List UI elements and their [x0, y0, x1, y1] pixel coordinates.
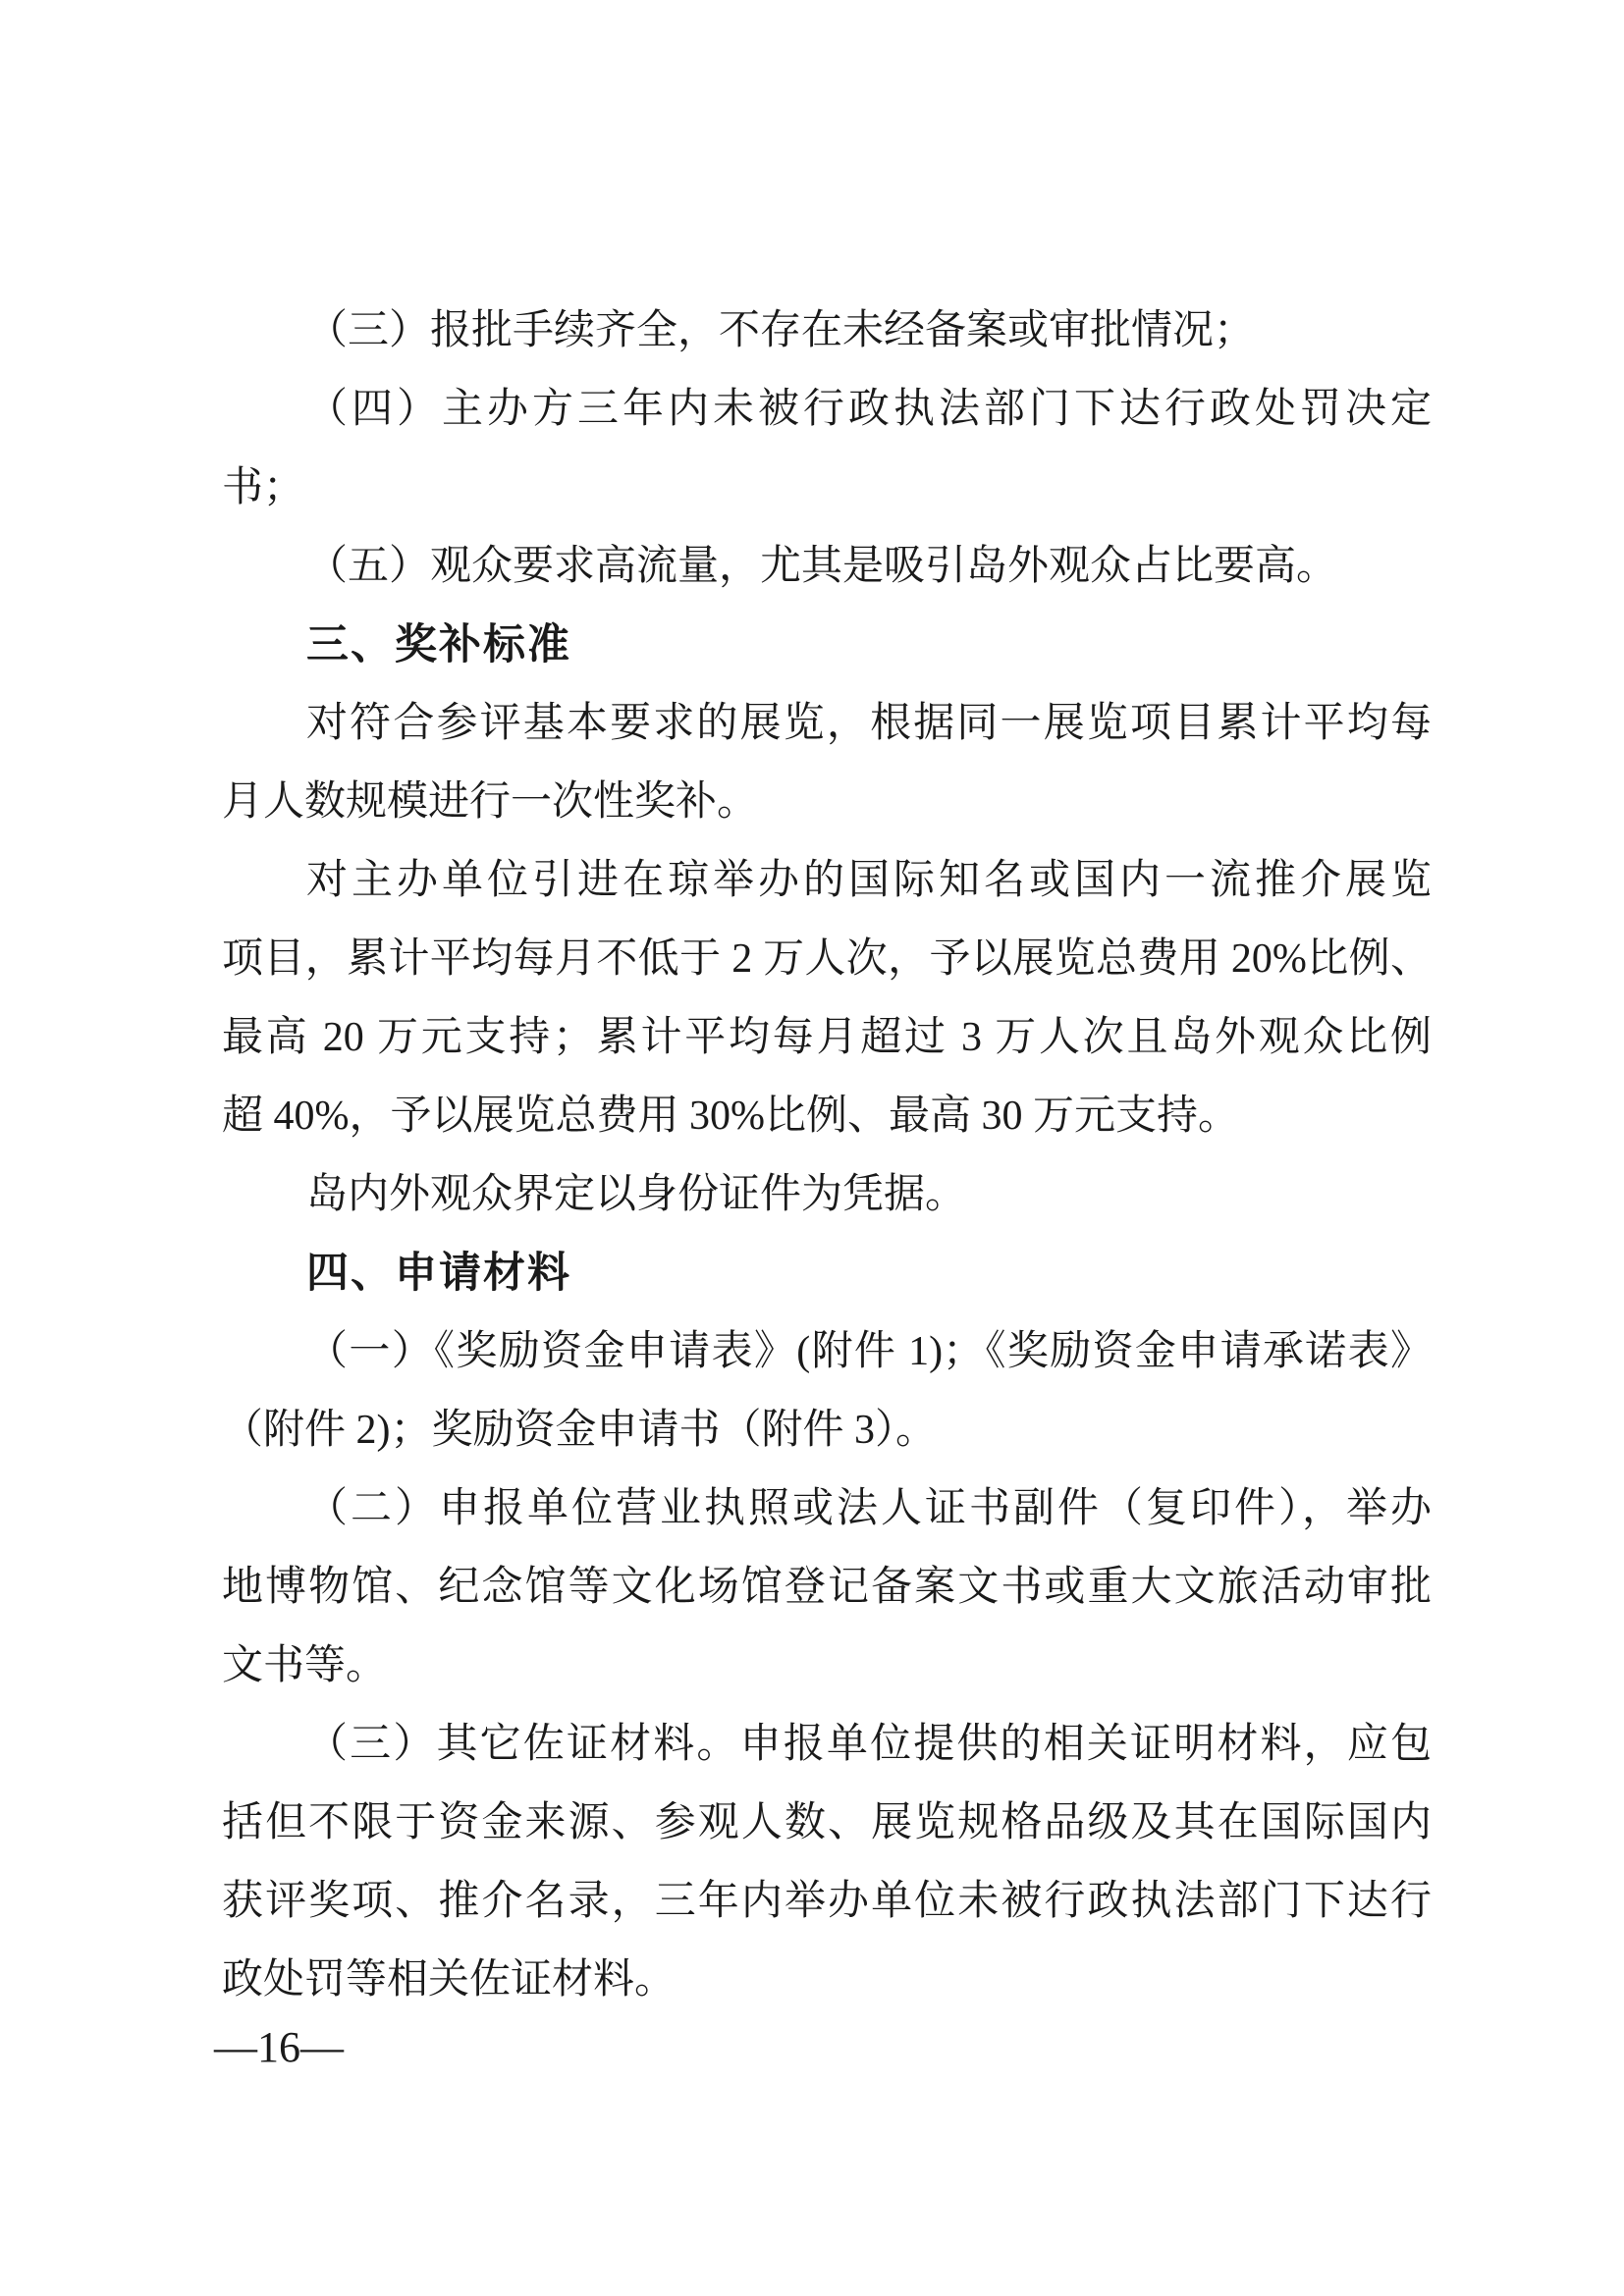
page-number: —16— [214, 2024, 344, 2071]
text-line: （四）主办方三年内未被行政执法部门下达行政处罚决定 [222, 370, 1432, 449]
text-line: （五）观众要求高流量，尤其是吸引岛外观众占比要高。 [222, 527, 1432, 606]
text-line: 最高 20 万元支持；累计平均每月超过 3 万人次且岛外观众比例 [222, 998, 1432, 1077]
text-line: 超 40%，予以展览总费用 30%比例、最高 30 万元支持。 [222, 1077, 1432, 1155]
text-line: （二）申报单位营业执照或法人证书副件（复印件），举办 [222, 1469, 1432, 1548]
text-line: （附件 2)；奖励资金申请书（附件 3）。 [222, 1391, 1432, 1469]
document-body: （三）报批手续齐全，不存在未经备案或审批情况； （四）主办方三年内未被行政执法部… [222, 292, 1432, 2019]
text-line: （三）报批手续齐全，不存在未经备案或审批情况； [222, 292, 1432, 370]
text-line: 项目，累计平均每月不低于 2 万人次，予以展览总费用 20%比例、 [222, 920, 1432, 998]
text-line: （三）其它佐证材料。申报单位提供的相关证明材料，应包 [222, 1705, 1432, 1784]
text-line: 对符合参评基本要求的展览，根据同一展览项目累计平均每 [222, 684, 1432, 763]
text-line: 文书等。 [222, 1627, 1432, 1705]
text-line: 地博物馆、纪念馆等文化场馆登记备案文书或重大文旅活动审批 [222, 1548, 1432, 1627]
section-heading-3: 三、奖补标准 [222, 606, 1432, 684]
text-line: （一）《奖励资金申请表》(附件 1)；《奖励资金申请承诺表》 [222, 1312, 1432, 1391]
text-line: 对主办单位引进在琼举办的国际知名或国内一流推介展览 [222, 841, 1432, 920]
document-page: （三）报批手续齐全，不存在未经备案或审批情况； （四）主办方三年内未被行政执法部… [0, 0, 1624, 2296]
text-line: 政处罚等相关佐证材料。 [222, 1941, 1432, 2019]
text-line: 岛内外观众界定以身份证件为凭据。 [222, 1155, 1432, 1234]
text-line: 书； [222, 449, 1432, 527]
text-line: 月人数规模进行一次性奖补。 [222, 763, 1432, 841]
text-line: 括但不限于资金来源、参观人数、展览规格品级及其在国际国内 [222, 1784, 1432, 1862]
text-line: 获评奖项、推介名录，三年内举办单位未被行政执法部门下达行 [222, 1862, 1432, 1941]
section-heading-4: 四、申请材料 [222, 1234, 1432, 1312]
